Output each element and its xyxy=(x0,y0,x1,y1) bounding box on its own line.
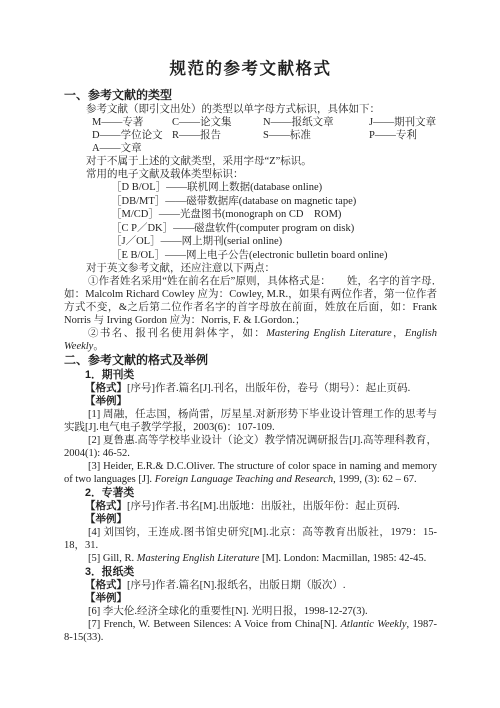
type-cell: A——文章 xyxy=(92,142,142,155)
reference-book-italic: Mastering English Literature xyxy=(137,553,260,564)
section2-heading: 二、参考文献的格式及举例 xyxy=(64,353,437,368)
reference-entry: [3] Heider, E.R.& D.C.Oliver. The struct… xyxy=(64,460,437,486)
z-note: 对于不属于上述的文献类型，采用字母“Z”标识。 xyxy=(86,155,437,168)
type-cell: C——论文集 xyxy=(172,116,263,129)
reference-text: [5] Gill, R. xyxy=(88,553,137,564)
format-line: 【格式】[序号]作者.篇名[N].报纸名，出版日期（版次）. xyxy=(85,579,437,592)
reference-entry: [5] Gill, R. Mastering English Literatur… xyxy=(64,552,437,565)
type-cell: J——期刊文章 xyxy=(369,116,436,129)
english-note-1: ①作者姓名采用“姓在前名在后”原则，具体格式是： 姓，名字的首字母． 如：Mal… xyxy=(64,275,437,327)
subsection-heading-journal: 1．期刊类 xyxy=(85,368,437,382)
type-row: M——专著 C——论文集 N——报纸文章 J——期刊文章 xyxy=(92,116,437,129)
reference-entry: [6] 李大伦.经济全球化的重要性[N]. 光明日报，1998-12-27(3)… xyxy=(64,605,437,618)
format-text: [序号]作者.篇名[N].报纸名，出版日期（版次）. xyxy=(127,580,345,591)
reference-text: [7] French, W. Between Silences: A Voice… xyxy=(88,619,341,630)
type-cell: R——报告 xyxy=(172,129,263,142)
format-line: 【格式】[序号]作者.书名[M].出版地：出版社，出版年份：起止页码. xyxy=(85,500,437,513)
reference-entry: [2] 夏鲁惠.高等学校毕业设计（论文）教学情况调研报告[J].高等理科教育，2… xyxy=(64,434,437,460)
english-note-intro: 对于英文参考文献，还应注意以下两点： xyxy=(86,262,437,275)
electronic-type-item: ［DB/MT］——磁带数据库(database on magnetic tape… xyxy=(111,195,437,209)
document-page: 规范的参考文献格式 一、参考文献的类型 参考文献（即引文出处）的类型以单字母方式… xyxy=(0,0,500,708)
electronic-type-item: ［M/CD］——光盘图书(monograph on CD ROM) xyxy=(111,208,437,222)
electronic-type-item: ［J／OL］——网上期刊(serial online) xyxy=(111,235,437,249)
electronic-type-item: ［D B/OL］——联机网上数据(database online) xyxy=(111,181,437,195)
format-line: 【格式】[序号]作者.篇名[J].刊名，出版年份，卷号（期号）：起止页码. xyxy=(85,382,437,395)
electronic-type-item: ［E B/OL］——网上电子公告(electronic bulletin boa… xyxy=(111,249,437,263)
format-label: 【格式】 xyxy=(85,501,127,512)
reference-magazine-italic: Atlantic Weekly xyxy=(341,619,407,630)
type-row: D——学位论文 R——报告 S——标准 P——专利 xyxy=(92,129,437,142)
format-text: [序号]作者.书名[M].出版地：出版社，出版年份：起止页码. xyxy=(127,501,400,512)
subsection-heading-newspaper: 3．报纸类 xyxy=(85,565,437,579)
note2-text: 。 xyxy=(93,341,104,352)
example-label: 【举例】 xyxy=(85,593,127,604)
example-label-line: 【举例】 xyxy=(85,513,437,526)
format-label: 【格式】 xyxy=(85,580,127,591)
note2-text: ， xyxy=(392,328,405,339)
electronic-type-item: ［C P／DK］——磁盘软件(computer program on disk) xyxy=(111,222,437,236)
format-text: [序号]作者.篇名[J].刊名，出版年份，卷号（期号）：起止页码. xyxy=(127,383,410,394)
electronic-intro: 常用的电子文献及载体类型标识： xyxy=(86,168,437,181)
subsection-heading-monograph: 2．专著类 xyxy=(85,486,437,500)
english-note-2: ②书名、报刊名使用斜体字，如：Mastering English Literat… xyxy=(64,327,437,353)
example-label-line: 【举例】 xyxy=(85,592,437,605)
type-cell: D——学位论文 xyxy=(92,129,172,142)
reference-text: [M]. London: Macmillan, 1985: 42-45. xyxy=(259,553,426,564)
format-label: 【格式】 xyxy=(85,383,127,394)
reference-journal-italic: Foreign Language Teaching and Research xyxy=(155,474,333,485)
reference-text: [1] 周融，任志国，杨尚雷，厉星星.对新形势下毕业设计管理工作的思考与实践[J… xyxy=(64,409,437,433)
section1-heading: 一、参考文献的类型 xyxy=(64,88,437,103)
reference-entry: [7] French, W. Between Silences: A Voice… xyxy=(64,618,437,644)
type-cell: N——报纸文章 xyxy=(263,116,369,129)
reference-text: [2] 夏鲁惠.高等学校毕业设计（论文）教学情况调研报告[J].高等理科教育，2… xyxy=(64,435,437,459)
example-label: 【举例】 xyxy=(85,396,127,407)
doc-title: 规范的参考文献格式 xyxy=(64,58,437,80)
reference-text: [6] 李大伦.经济全球化的重要性[N]. 光明日报，1998-12-27(3)… xyxy=(88,606,368,617)
example-label-line: 【举例】 xyxy=(85,395,437,408)
type-cell: P——专利 xyxy=(369,129,417,142)
note2-text: ②书名、报刊名使用斜体字，如： xyxy=(88,328,266,339)
note2-italic-title: Mastering English Literature xyxy=(266,328,391,339)
reference-entry: [4] 刘国钧，王连成.图书馆史研究[M].北京：高等教育出版社，1979：15… xyxy=(64,526,437,552)
reference-entry: [1] 周融，任志国，杨尚雷，厉星星.对新形势下毕业设计管理工作的思考与实践[J… xyxy=(64,408,437,434)
type-cell: S——标准 xyxy=(263,129,369,142)
type-cell: M——专著 xyxy=(92,116,172,129)
electronic-type-list: ［D B/OL］——联机网上数据(database online) ［DB/MT… xyxy=(111,181,437,262)
reference-text: [4] 刘国钧，王连成.图书馆史研究[M].北京：高等教育出版社，1979：15… xyxy=(64,527,437,551)
type-row: A——文章 xyxy=(92,142,437,155)
example-label: 【举例】 xyxy=(85,514,127,525)
section1-intro: 参考文献（即引文出处）的类型以单字母方式标识，具体如下： xyxy=(86,103,437,116)
reference-text: , 1999, (3): 62 – 67. xyxy=(333,474,416,485)
